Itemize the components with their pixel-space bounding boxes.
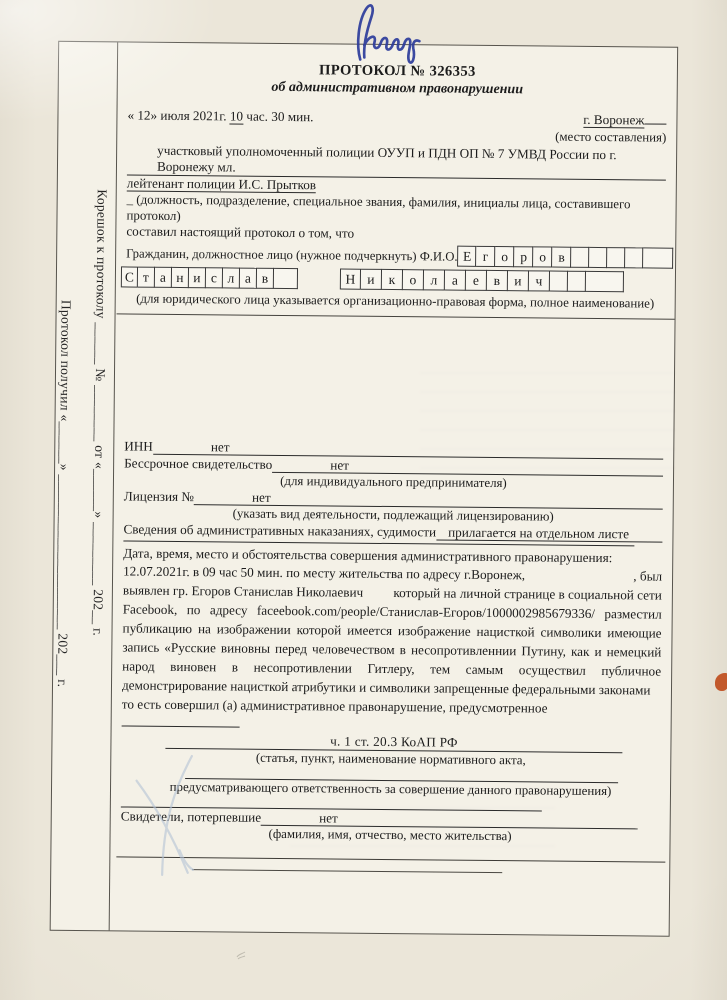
license-label: Лицензия № <box>124 488 194 505</box>
fio-cell: л <box>223 267 240 288</box>
fio-cell: а <box>240 268 257 289</box>
fio-cell: Е <box>458 246 477 267</box>
certificate-label: Бессрочное свидетельство <box>124 455 272 472</box>
fio-cell: л <box>424 269 445 290</box>
fio-cell: и <box>361 269 382 290</box>
fio-cell <box>586 271 624 292</box>
fio-cell <box>550 271 568 292</box>
fio-cell: г <box>477 246 496 267</box>
pencil-scribble-icon <box>128 752 226 880</box>
stub-column: Корешок к протоколу ______ № ________ от… <box>51 42 119 931</box>
fio-cell <box>572 247 590 268</box>
fio-cell: и <box>508 270 529 291</box>
fio-cell <box>644 247 674 268</box>
patronymic-cells: Н и к о л а е в и ч <box>340 269 624 293</box>
blank-line <box>192 869 502 873</box>
fio-cell <box>590 247 608 268</box>
stray-pen-mark <box>236 951 246 960</box>
fio-cell <box>626 247 644 268</box>
fio-cell: р <box>515 246 534 267</box>
qualification-intro: то есть совершил (а) административное пр… <box>122 696 661 735</box>
penalties-label: Сведения об административных наказаниях,… <box>123 521 436 540</box>
fio-cell: к <box>382 269 403 290</box>
witnesses-value: нет <box>261 810 338 826</box>
fio-cell: а <box>445 270 466 291</box>
fio-cell: в <box>487 270 508 291</box>
fio-cell <box>608 247 626 268</box>
fio-cell: в <box>553 247 572 268</box>
inn-label: ИНН <box>124 438 153 454</box>
offense-description: Facebook, по адресу faceebook.com/people… <box>122 599 662 699</box>
fio-cell: ч <box>529 270 550 291</box>
fio-cell: Н <box>340 269 361 290</box>
fio-cell: и <box>189 267 206 288</box>
stub-counterfoil-line: Корешок к протоколу ______ № ________ от… <box>89 189 109 636</box>
blank-area <box>124 314 664 442</box>
legal-entity-caption: (для юридического лица указывается орган… <box>126 290 665 311</box>
officer-line-1: участковый уполномоченный полиции ОУУП и… <box>127 142 666 180</box>
fio-cell <box>274 268 298 289</box>
fio-cell: е <box>466 270 487 291</box>
fio-cell: о <box>403 269 424 290</box>
name-cells: С т а н и с л а в <box>121 266 298 289</box>
fio-cell: С <box>121 266 138 287</box>
surname-cells: Е г о р о в <box>458 246 674 269</box>
fio-cell: в <box>257 268 274 289</box>
fio-cell: о <box>496 246 515 267</box>
inn-value: нет <box>153 439 230 455</box>
signature-ink-icon <box>348 0 450 68</box>
fio-cell: н <box>172 267 189 288</box>
fio-cell <box>568 271 586 292</box>
stub-received-line: Протокол получил «______» ______________… <box>54 300 74 688</box>
hours-value: 10 <box>230 108 243 124</box>
fio-cell: о <box>534 246 553 267</box>
citizen-label: Гражданин, должностное лицо (нужное подч… <box>126 245 458 264</box>
officer-caption: _ (должность, подразделение, специальное… <box>126 191 665 228</box>
fio-cell: т <box>138 267 155 288</box>
citizen-fio-row: Гражданин, должностное лицо (нужное подч… <box>126 242 665 268</box>
fio-cell: а <box>155 267 172 288</box>
penalties-value: прилагается на отдельном листе <box>436 524 629 541</box>
protocol-datetime: « 12» июля 2021г. 10 час. 30 мин. <box>127 107 313 125</box>
license-value: нет <box>194 489 271 505</box>
name-patronymic-row: С т а н и с л а в Н и к о л а е в и <box>121 266 665 292</box>
red-ink-mark <box>715 673 727 691</box>
certificate-value: нет <box>272 457 349 473</box>
fio-cell: с <box>206 267 223 288</box>
place-value: г. Воронеж <box>583 110 666 129</box>
